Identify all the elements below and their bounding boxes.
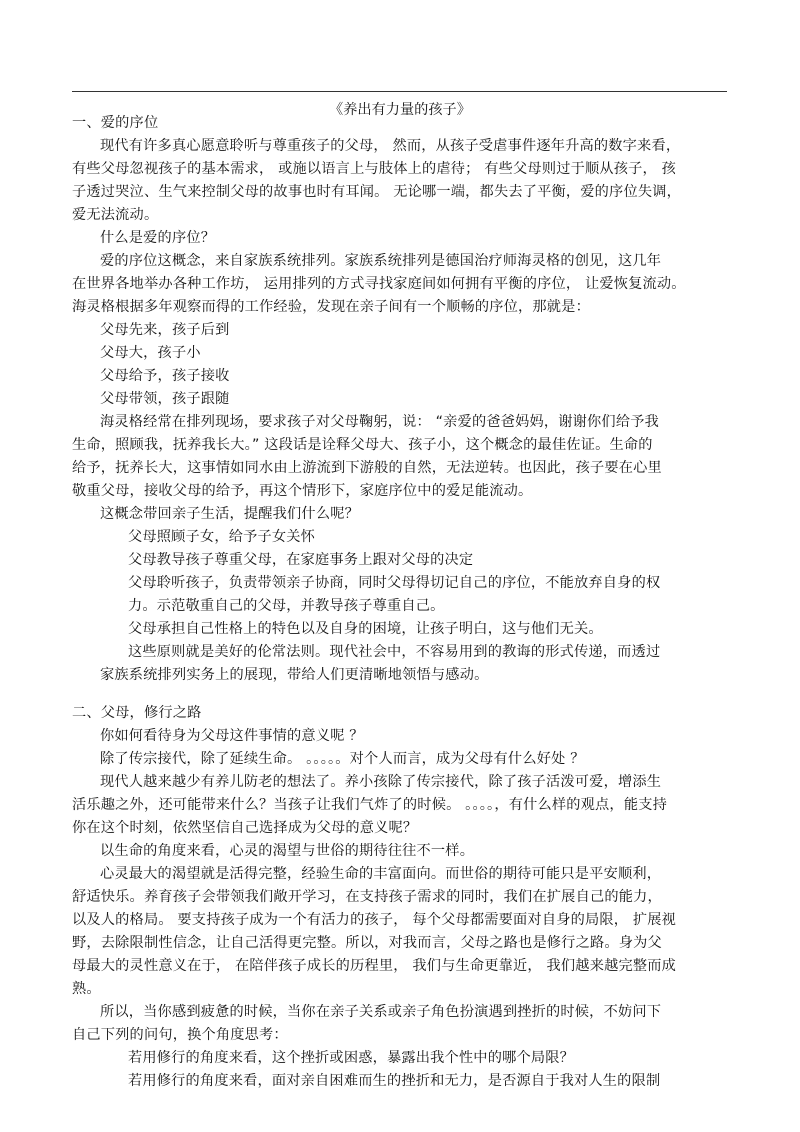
text-line: 父母照顾子女，给予子女关怀 [128,527,315,547]
text-line: 你如何看待身为父母这件事情的意义呢 ？ [100,726,364,746]
text-line: 若用修行的角度来看，这个挫折或困惑，暴露出我个性中的哪个局限？ [128,1048,574,1068]
text-line: 在世界各地举办各种工作坊， 运用排列的方式寻找家庭间如何拥有平衡的序位， 让爱恢… [72,274,686,294]
text-line: 家族系统排列实务上的展现，带给人们更清晰地领悟与感动。 [100,665,488,685]
text-line: 这些原则就是美好的伦常法则。现代社会中，不容易用到的教诲的形式传递，而透过 [128,642,660,662]
text-line: 海灵格根据多年观察而得的工作经验，发现在亲子间有一个顺畅的序位，那就是： [72,297,590,317]
text-line: 所以，当你感到疲惫的时候，当你在亲子关系或亲子角色扮演遇到挫折的时候，不妨问下 [100,1002,661,1022]
text-line: 熟。 [72,979,101,999]
text-line: 父母给予，孩子接收 [100,366,230,386]
text-line: 若用修行的角度来看，面对亲自困难而生的挫折和无力，是否源自于我对人生的限制 [128,1071,660,1091]
text-line: 现代人越来越少有养儿防老的想法了。养小孩除了传宗接代，除了孩子活泼可爱，增添生 [100,772,661,792]
text-line: 父母带领，孩子跟随 [100,389,230,409]
text-line: 海灵格经常在排列现场，要求孩子对父母鞠躬，说： “亲爱的爸爸妈妈，谢谢你们给予我 [100,412,659,432]
text-line: 活乐趣之外，还可能带来什么？当孩子让我们气炸了的时候。 。。。。，有什么样的观点… [72,795,667,815]
text-line: 野，去除限制性信念，让自己活得更完整。所以，对我而言，父母之路也是修行之路。身为… [72,933,662,953]
text-line: 以生命的角度来看，心灵的渴望与世俗的期待往往不一样。 [100,841,474,861]
text-line: 除了传宗接代，除了延续生命。 。。。。。对个人而言，成为父母有什么好处 ？ [100,749,585,769]
text-line: 子透过哭泣、生气来控制父母的故事也时有耳闻。 无论哪一端，都失去了平衡，爱的序位… [72,182,681,202]
text-line: 这概念带回亲子生活，提醒我们什么呢？ [100,504,359,524]
text-line: 父母先来，孩子后到 [100,320,230,340]
text-line: 敬重父母，接收父母的给予，再这个情形下，家庭序位中的爱足能流动。 [72,481,532,501]
text-line: 爱无法流动。 [72,205,158,225]
header-rule [72,91,727,92]
text-line: 爱的序位这概念，来自家族系统排列。家族系统排列是德国治疗师海灵格的创见，这几年 [100,251,661,271]
text-line: 以及人的格局。 要支持孩子成为一个有活力的孩子， 每个父母都需要面对自身的局限，… [72,910,676,930]
text-line: 你在这个时刻，依然坚信自己选择成为父母的意义呢？ [72,818,417,838]
text-line: 什么是爱的序位？ [100,228,215,248]
text-line: 父母承担自己性格上的特色以及自身的困境，让孩子明白，这与他们无关。 [128,619,603,639]
text-line: 有些父母忽视孩子的基本需求， 或施以语言上与肢体上的虐待； 有些父母则过于顺从孩… [72,159,676,179]
section-heading: 一、爱的序位 [72,113,158,133]
text-line: 舒适快乐。养育孩子会带领我们敞开学习，在支持孩子需求的同时，我们在扩展自己的能力… [72,887,662,907]
text-line: 母最大的灵性意义在于， 在陪伴孩子成长的历程里， 我们与生命更靠近， 我们越来越… [72,956,676,976]
text-line: 现代有许多真心愿意聆听与尊重孩子的父母， 然而，从孩子受虐事件逐年升高的数字来看… [100,136,680,156]
text-line: 父母教导孩子尊重父母，在家庭事务上跟对父母的决定 [128,550,473,570]
text-line: 力。示范敬重自己的父母，并教导孩子尊重自己。 [128,596,445,616]
section-heading: 二、父母，修行之路 [72,703,202,723]
text-line: 父母聆听孩子，负责带领亲子协商，同时父母得切记自己的序位，不能放弃自身的权 [128,573,660,593]
text-line: 父母大，孩子小 [100,343,201,363]
text-line: 自己下列的问句，换个角度思考： [72,1025,288,1045]
text-line: 生命，照顾我，抚养我长大。” 这段话是诠释父母大、孩子小，这个概念的最佳佐证。生… [72,435,653,455]
text-line: 心灵最大的渴望就是活得完整，经验生命的丰富面向。而世俗的期待可能只是平安顺利， [100,864,661,884]
text-line: 给予，抚养长大，这事情如同水由上游流到下游般的自然，无法逆转。也因此，孩子要在心… [72,458,662,478]
